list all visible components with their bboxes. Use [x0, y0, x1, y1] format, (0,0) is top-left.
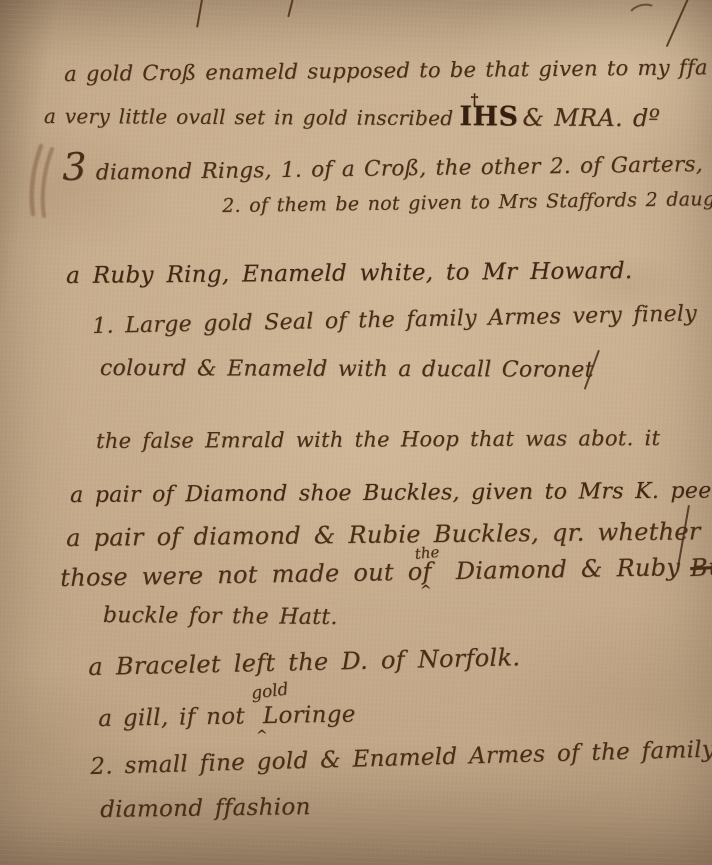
insertion-caret-2: ^: [256, 728, 268, 744]
cropped-stroke-2: [287, 0, 296, 17]
struck-word: Buckle: [690, 550, 712, 582]
line-2-initials: & MRA. dº: [522, 104, 660, 133]
insertion-the: the: [414, 543, 440, 563]
manuscript-line-1: a gold Croß enameld supposed to be that …: [64, 55, 712, 86]
manuscript-line-13: a Bracelet left the D. of Norfolk.: [88, 643, 521, 681]
line-11-text-a: those were not made out of: [60, 558, 432, 592]
insertion-gold: gold: [250, 679, 290, 703]
cropped-stroke-1: [196, 0, 204, 28]
line-14-text-a: a gill, if not: [98, 703, 245, 732]
ihs-monogram: IHS†: [459, 101, 518, 132]
manuscript-photo: a gold Croß enameld supposed to be that …: [0, 0, 712, 865]
manuscript-line-14: a gill, if notLoringe: [98, 702, 356, 732]
manuscript-line-6: 1. Large gold Seal of the family Armes v…: [92, 301, 697, 339]
line-2-text: a very little ovall set in gold inscribe…: [44, 104, 454, 130]
manuscript-line-12: buckle for the Hatt.: [103, 603, 338, 630]
manuscript-line-7: colourd & Enameld with a ducall Coronet: [100, 356, 594, 383]
line-14-text-b: Loringe: [263, 702, 356, 730]
insertion-caret-1: ^: [420, 583, 432, 599]
manuscript-line-2: a very little ovall set in gold inscribe…: [44, 99, 660, 133]
manuscript-line-10: a pair of diamond & Rubie Buckles, qr. w…: [66, 517, 701, 552]
line-11-text-b: Diamond & Ruby: [455, 553, 680, 585]
line-3-count: 3: [62, 148, 87, 186]
manuscript-line-5: a Ruby Ring, Enameld white, to Mr Howard…: [66, 258, 633, 289]
manuscript-line-4: 2. of them be not given to Mrs Staffords…: [222, 187, 712, 217]
cropped-stroke-4: [626, 1, 660, 28]
manuscript-line-3: 3diamond Rings, 1. of a Croß, the other …: [62, 138, 712, 186]
manuscript-line-11: those were not made out ofDiamond & Ruby…: [60, 552, 712, 592]
cropped-stroke-3: [666, 0, 692, 47]
manuscript-line-8: the false Emrald with the Hoop that was …: [96, 426, 660, 453]
manuscript-line-15: 2. small fine gold & Enameld Armes of th…: [90, 737, 712, 780]
manuscript-line-9: a pair of Diamond shoe Buckles, given to…: [70, 478, 712, 508]
monogram-cross-icon: †: [470, 90, 478, 108]
line-3-text: diamond Rings, 1. of a Croß, the other 2…: [96, 151, 712, 185]
marginal-ink-smudge: [26, 142, 60, 220]
manuscript-line-16: diamond ffashion: [100, 794, 311, 823]
